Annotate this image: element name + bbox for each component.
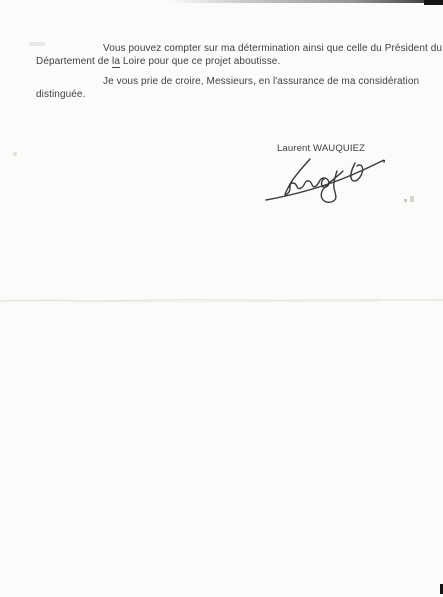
handwritten-signature-icon (258, 150, 388, 206)
line2-underlined-word: la (112, 56, 120, 68)
paragraph-closing-line2: distinguée. (36, 89, 410, 102)
scanner-corner-mark (424, 0, 443, 5)
paper-fold-crease (0, 295, 443, 305)
scan-speckle-pair (404, 196, 416, 205)
scanner-edge-shadow (0, 0, 443, 3)
paragraph-commitment: Vous pouvez compter sur ma détermination… (36, 43, 410, 68)
paragraph-closing-line1: Je vous prie de croire, Messieurs, en l'… (36, 76, 410, 89)
line2-text-before: Département de (36, 56, 112, 67)
scanned-letter-page: Vous pouvez compter sur ma détermination… (0, 0, 443, 597)
paragraph-closing: Je vous prie de croire, Messieurs, en l'… (36, 76, 410, 101)
line2-text-after: Loire pour que ce projet aboutisse. (120, 56, 280, 67)
paragraph-commitment-line2: Département de la Loire pour que ce proj… (36, 56, 410, 69)
paragraph-commitment-line1: Vous pouvez compter sur ma détermination… (36, 43, 410, 56)
scan-speckle (13, 152, 17, 156)
